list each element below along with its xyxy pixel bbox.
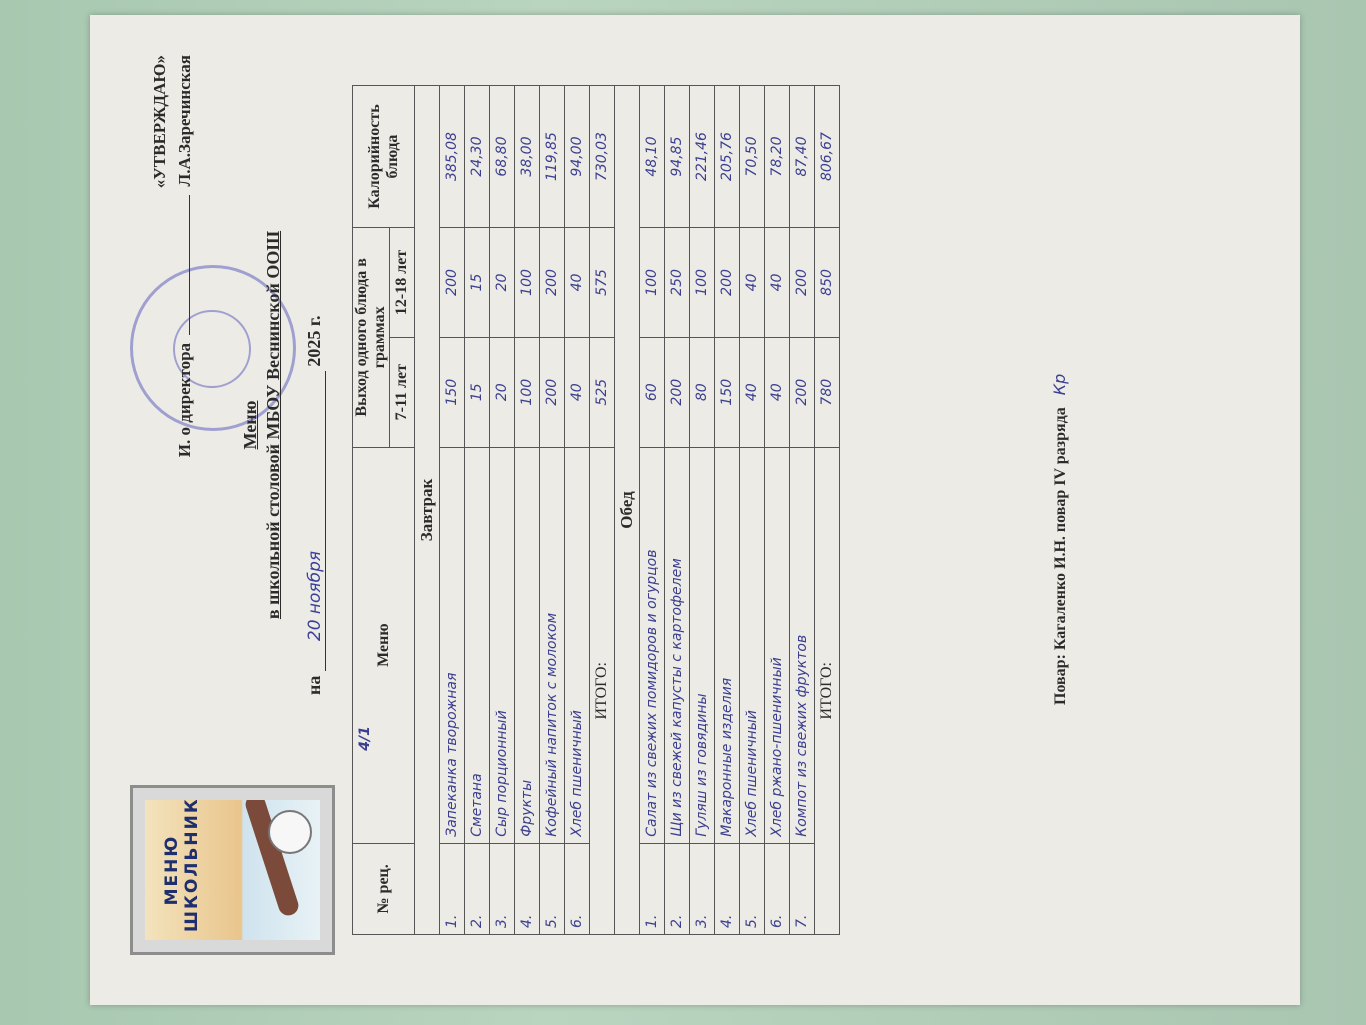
calories: 48,10	[640, 86, 665, 228]
signature-line	[175, 195, 190, 335]
recipe-number: 2.	[665, 843, 690, 934]
cook-info: Повар: Кагаленко И.Н. повар IV разряда	[1052, 407, 1069, 705]
dish-name: Хлеб пшеничный	[740, 447, 765, 843]
dish-name: Фрукты	[515, 447, 540, 843]
recipe-number: 6.	[565, 843, 590, 934]
approval-block: «УТВЕРЖДАЮ» И. о директора Л.А.Заречинск…	[148, 55, 197, 555]
table-row: 2.Щи из свежей капусты с картофелем20025…	[665, 86, 690, 935]
recipe-number: 7.	[790, 843, 815, 934]
lunch-section: Обед 1.Салат из свежих помидоров и огурц…	[615, 86, 840, 935]
calories: 87,40	[790, 86, 815, 228]
table-row: 5.Кофейный напиток с молоком200200119,85	[540, 86, 565, 935]
recipe-number: 5.	[740, 843, 765, 934]
portion-12-18: 200	[790, 228, 815, 338]
total-12-18: 850	[815, 228, 840, 338]
date-row: на 20 ноября 2025 г.	[304, 315, 326, 695]
breakfast-section: Завтрак 1.Запеканка творожная150200385,0…	[415, 86, 615, 935]
header-recipe-number: № рец.	[353, 843, 415, 934]
dish-name: Хлеб ржано-пшеничный	[765, 447, 790, 843]
dish-name: Хлеб пшеничный	[565, 447, 590, 843]
recipe-number: 3.	[490, 843, 515, 934]
approver-name: Л.А.Заречинская	[175, 55, 194, 186]
portion-7-11: 200	[540, 337, 565, 447]
cook-footer: Повар: Кагаленко И.Н. повар IV разряда К…	[1050, 374, 1070, 705]
portion-12-18: 20	[490, 228, 515, 338]
chef-icon	[268, 810, 312, 854]
dish-name: Сыр порционный	[490, 447, 515, 843]
calories: 94,85	[665, 86, 690, 228]
cook-signature: Кр	[1050, 374, 1069, 396]
recipe-number: 3.	[690, 843, 715, 934]
header-age-12-18: 12-18 лет	[390, 228, 415, 338]
calories: 94,00	[565, 86, 590, 228]
portion-12-18: 100	[640, 228, 665, 338]
photo-frame: МЕНЮ ШКОЛЬНИКА «УТВЕРЖДАЮ» И. о директор…	[80, 0, 1310, 1025]
calories: 38,00	[515, 86, 540, 228]
approve-label: «УТВЕРЖДАЮ»	[148, 55, 173, 555]
header-age-7-11: 7-11 лет	[390, 337, 415, 447]
table-row: 3.Сыр порционный202068,80	[490, 86, 515, 935]
menu-table: № рец. 4/1 Меню Выход одного блюда в гра…	[352, 85, 840, 935]
portion-7-11: 15	[465, 337, 490, 447]
portion-7-11: 40	[740, 337, 765, 447]
recipe-number: 5.	[540, 843, 565, 934]
menu-document: МЕНЮ ШКОЛЬНИКА «УТВЕРЖДАЮ» И. о директор…	[90, 15, 1300, 1005]
dish-name: Запеканка творожная	[440, 447, 465, 843]
date-value: 20 ноября	[305, 371, 326, 671]
dish-name: Щи из свежей капусты с картофелем	[665, 447, 690, 843]
portion-12-18: 200	[540, 228, 565, 338]
total-calories: 806,67	[815, 86, 840, 228]
portion-12-18: 200	[440, 228, 465, 338]
portion-7-11: 100	[515, 337, 540, 447]
calories: 221,46	[690, 86, 715, 228]
portion-12-18: 200	[715, 228, 740, 338]
total-12-18: 575	[590, 228, 615, 338]
dish-name: Макаронные изделия	[715, 447, 740, 843]
portion-12-18: 40	[740, 228, 765, 338]
dish-name: Компот из свежих фруктов	[790, 447, 815, 843]
dish-name: Гуляш из говядины	[690, 447, 715, 843]
portion-7-11: 150	[715, 337, 740, 447]
document-title: Меню	[240, 401, 260, 450]
table-row: 1.Запеканка творожная150200385,08	[440, 86, 465, 935]
portion-12-18: 40	[565, 228, 590, 338]
document-title-block: Меню в школьной столовой МБОУ Веснинской…	[240, 75, 284, 775]
recipe-number: 2.	[465, 843, 490, 934]
portion-7-11: 200	[790, 337, 815, 447]
header-menu: 4/1 Меню	[353, 447, 415, 843]
dish-name: Кофейный напиток с молоком	[540, 447, 565, 843]
table-row: 5.Хлеб пшеничный404070,50	[740, 86, 765, 935]
table-row: 7.Компот из свежих фруктов20020087,40	[790, 86, 815, 935]
recipe-number: 1.	[440, 843, 465, 934]
portion-7-11: 200	[665, 337, 690, 447]
portion-7-11: 150	[440, 337, 465, 447]
lunch-title: Обед	[615, 86, 640, 935]
dish-name: Сметана	[465, 447, 490, 843]
recipe-number: 1.	[640, 843, 665, 934]
total-7-11: 780	[815, 337, 840, 447]
breakfast-title: Завтрак	[415, 86, 440, 935]
table-row: 6.Хлеб пшеничный404094,00	[565, 86, 590, 935]
table-row: 1.Салат из свежих помидоров и огурцов601…	[640, 86, 665, 935]
portion-7-11: 20	[490, 337, 515, 447]
table-row: 3.Гуляш из говядины80100221,46	[690, 86, 715, 935]
header-menu-label: Меню	[375, 623, 392, 666]
portion-7-11: 60	[640, 337, 665, 447]
table-row: 4.Макаронные изделия150200205,76	[715, 86, 740, 935]
lunch-total-row: ИТОГО:780850806,67	[815, 86, 840, 935]
year-label: 2025 г.	[304, 315, 324, 366]
portion-7-11: 40	[565, 337, 590, 447]
dish-name: Салат из свежих помидоров и огурцов	[640, 447, 665, 843]
organization-line: в школьной столовой МБОУ Веснинской ООШ	[263, 75, 284, 775]
calories: 119,85	[540, 86, 565, 228]
logo-text: МЕНЮ ШКОЛЬНИКА	[163, 808, 202, 932]
portion-12-18: 100	[515, 228, 540, 338]
recipe-number: 4.	[715, 843, 740, 934]
school-menu-logo: МЕНЮ ШКОЛЬНИКА	[130, 785, 335, 955]
recipe-number: 4.	[515, 843, 540, 934]
recipe-number: 6.	[765, 843, 790, 934]
header-output: Выход одного блюда в граммах	[353, 228, 390, 447]
table-row: 6.Хлеб ржано-пшеничный404078,20	[765, 86, 790, 935]
recipe-note: 4/1	[357, 726, 373, 751]
table-row: 4.Фрукты10010038,00	[515, 86, 540, 935]
calories: 24,30	[465, 86, 490, 228]
portion-12-18: 40	[765, 228, 790, 338]
approver-line: И. о директора Л.А.Заречинская	[173, 55, 198, 555]
total-label: ИТОГО:	[590, 447, 615, 934]
approver-position: И. о директора	[175, 343, 194, 457]
breakfast-total-row: ИТОГО:525575730,03	[590, 86, 615, 935]
calories: 385,08	[440, 86, 465, 228]
date-prefix: на	[304, 676, 324, 695]
portion-12-18: 100	[690, 228, 715, 338]
total-7-11: 525	[590, 337, 615, 447]
total-label: ИТОГО:	[815, 447, 840, 934]
calories: 78,20	[765, 86, 790, 228]
portion-12-18: 250	[665, 228, 690, 338]
logo-image: МЕНЮ ШКОЛЬНИКА	[145, 800, 320, 940]
portion-7-11: 40	[765, 337, 790, 447]
total-calories: 730,03	[590, 86, 615, 228]
header-calories: Калорийность блюда	[353, 86, 415, 228]
calories: 70,50	[740, 86, 765, 228]
table-row: 2.Сметана151524,30	[465, 86, 490, 935]
portion-7-11: 80	[690, 337, 715, 447]
calories: 205,76	[715, 86, 740, 228]
calories: 68,80	[490, 86, 515, 228]
portion-12-18: 15	[465, 228, 490, 338]
